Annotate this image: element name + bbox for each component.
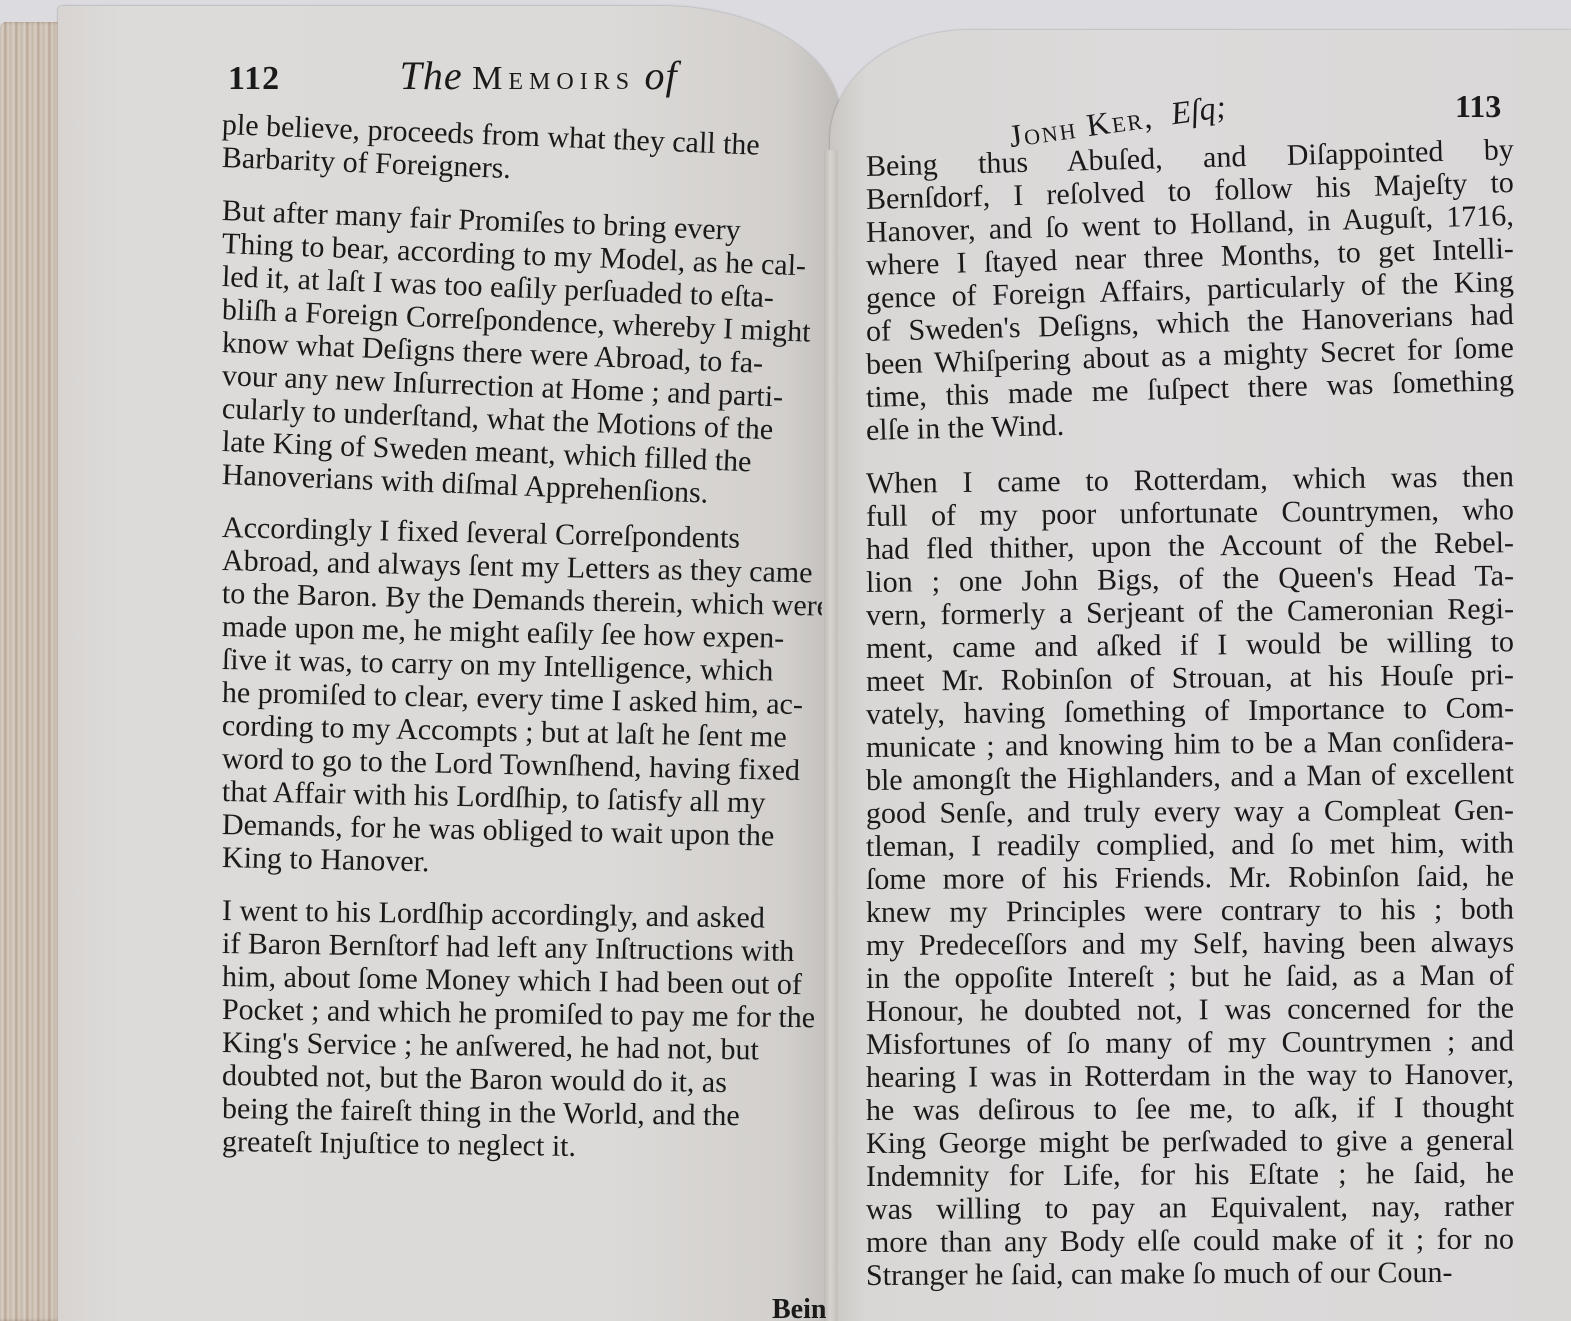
right-page-number: 113 [1455, 88, 1501, 125]
text-line: ſome more of his Friends. Mr. Robinſon ſ… [866, 860, 1514, 896]
running-head-article: The [400, 53, 463, 98]
running-head-title: Memoirs [472, 60, 635, 97]
right-page-text: Being thus Abuſed, and Diſappointed byBe… [866, 150, 1514, 1292]
text-line: more than any Body elſe could make of it… [866, 1223, 1514, 1259]
text-line: hearing I was in Rotterdam in the way to… [866, 1058, 1514, 1094]
left-page-number: 112 [228, 60, 280, 97]
left-page-text: ple believe, proceeds from what they cal… [222, 108, 822, 1158]
running-head-esquire: Eſq; [1169, 88, 1229, 131]
left-running-head: 112 The Memoirs of [228, 52, 678, 99]
text-line: my Predeceſſors and my Self, having been… [866, 926, 1514, 962]
text-line: King George might be perſwaded to give a… [866, 1124, 1514, 1160]
page-edges-stack [0, 22, 64, 1321]
text-line: Misfortunes of ſo many of my Countrymen … [866, 1025, 1514, 1061]
text-line: in the oppoſite Intereſt ; but he ſaid, … [866, 959, 1514, 995]
text-line: was willing to pay an Equivalent, nay, r… [866, 1190, 1514, 1226]
text-line: knew my Principles were contrary to his … [866, 893, 1514, 929]
text-line: Stranger he ſaid, can make ſo much of ou… [866, 1256, 1514, 1292]
text-line: Indemnity for Life, for his Eſtate ; he … [866, 1157, 1514, 1193]
text-line: he was deſirous to ſee me, to aſk, if I … [866, 1091, 1514, 1127]
running-head-of: of [645, 53, 678, 98]
text-line: ble amongſt the Highlanders, and a Man o… [866, 757, 1514, 797]
catchword: Bein [772, 1294, 826, 1321]
text-line: Honour, he doubted not, I was concerned … [866, 992, 1514, 1028]
book-gutter [824, 150, 838, 1321]
text-line: tleman, I readily complied, and ſo met h… [866, 827, 1514, 863]
text-line: good Senſe, and truly every way a Comple… [866, 794, 1514, 830]
